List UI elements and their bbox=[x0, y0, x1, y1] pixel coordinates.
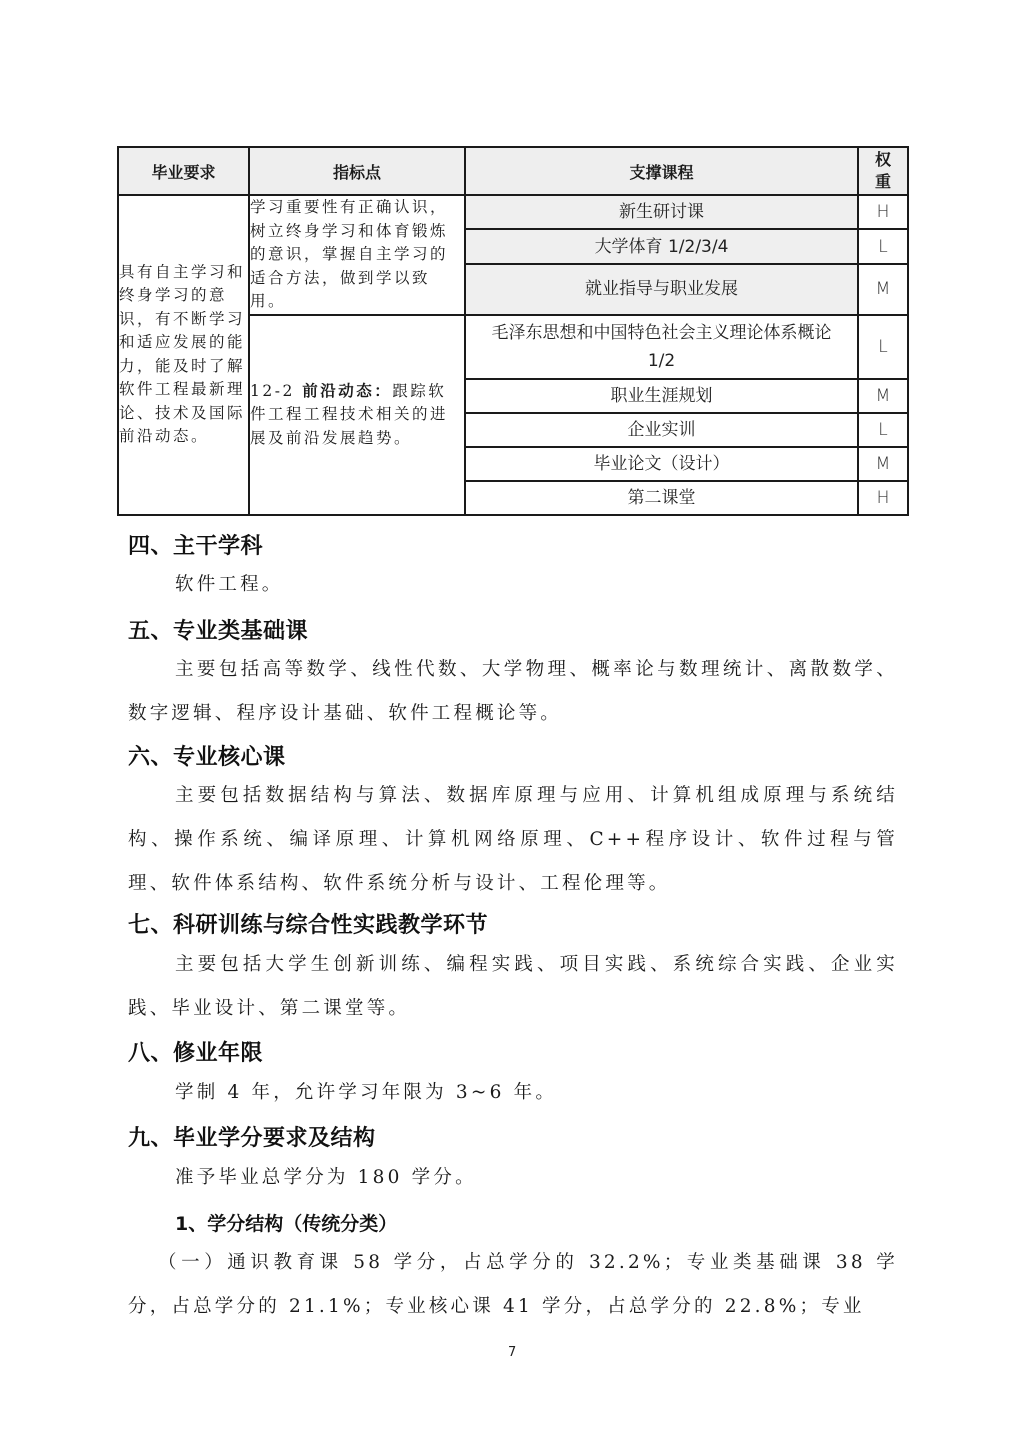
course-cell: 企业实训 bbox=[465, 413, 858, 447]
header-indicator: 指标点 bbox=[249, 147, 465, 195]
weight-cell: L bbox=[858, 413, 908, 447]
section-heading-5: 五、专业类基础课 bbox=[128, 614, 308, 645]
section-heading-9: 九、毕业学分要求及结构 bbox=[128, 1121, 376, 1152]
course-cell: 职业生涯规划 bbox=[465, 379, 858, 413]
section-body-9: 准予毕业总学分为 180 学分。 bbox=[128, 1156, 898, 1200]
weight-cell: H bbox=[858, 195, 908, 229]
section-body-7: 主要包括大学生创新训练、编程实践、项目实践、系统综合实践、企业实践、毕业设计、第… bbox=[128, 943, 898, 1031]
requirement-cell: 具有自主学习和终身学习的意识，有不断学习和适应发展的能力，能及时了解软件工程最新… bbox=[118, 195, 249, 515]
graduation-requirements-table: 毕业要求 指标点 支撑课程 权重 具有自主学习和终身学习的意识，有不断学习和适应… bbox=[117, 146, 909, 516]
table-row: 具有自主学习和终身学习的意识，有不断学习和适应发展的能力，能及时了解软件工程最新… bbox=[118, 195, 908, 229]
weight-cell: L bbox=[858, 315, 908, 379]
subsection-body-credit-structure: （一）通识教育课 58 学分，占总学分的 32.2%；专业类基础课 38 学分，… bbox=[128, 1241, 898, 1329]
course-cell: 新生研讨课 bbox=[465, 195, 858, 229]
section-heading-7: 七、科研训练与综合性实践教学环节 bbox=[128, 908, 488, 939]
weight-cell: M bbox=[858, 447, 908, 481]
weight-cell: H bbox=[858, 481, 908, 515]
course-cell: 就业指导与职业发展 bbox=[465, 264, 858, 315]
header-courses: 支撑课程 bbox=[465, 147, 858, 195]
section-body-6: 主要包括数据结构与算法、数据库原理与应用、计算机组成原理与系统结构、操作系统、编… bbox=[128, 774, 898, 906]
indicator-cell-1: 学习重要性有正确认识，树立终身学习和体育锻炼的意识，掌握自主学习的适合方法，做到… bbox=[249, 195, 465, 315]
header-requirement: 毕业要求 bbox=[118, 147, 249, 195]
section-heading-4: 四、主干学科 bbox=[128, 529, 263, 560]
section-heading-8: 八、修业年限 bbox=[128, 1036, 263, 1067]
indicator-cell-2: 12-2 前沿动态：跟踪软件工程工程技术相关的进展及前沿发展趋势。 bbox=[249, 315, 465, 515]
section-body-4: 软件工程。 bbox=[128, 563, 898, 607]
course-cell: 毕业论文（设计） bbox=[465, 447, 858, 481]
weight-cell: M bbox=[858, 379, 908, 413]
indicator-code: 12-2 bbox=[250, 382, 302, 400]
section-body-5: 主要包括高等数学、线性代数、大学物理、概率论与数理统计、离散数学、数字逻辑、程序… bbox=[128, 648, 898, 736]
indicator-title: 前沿动态： bbox=[302, 381, 392, 400]
table-header-row: 毕业要求 指标点 支撑课程 权重 bbox=[118, 147, 908, 195]
weight-cell: M bbox=[858, 264, 908, 315]
section-heading-6: 六、专业核心课 bbox=[128, 740, 286, 771]
document-page: 毕业要求 指标点 支撑课程 权重 具有自主学习和终身学习的意识，有不断学习和适应… bbox=[0, 0, 1024, 1448]
course-cell: 大学体育 1/2/3/4 bbox=[465, 229, 858, 263]
subsection-heading-credit-structure: 1、学分结构（传统分类） bbox=[175, 1209, 397, 1236]
header-weight-line1: 权 bbox=[875, 150, 891, 169]
header-weight: 权重 bbox=[858, 147, 908, 195]
course-cell: 毛泽东思想和中国特色社会主义理论体系概论 1/2 bbox=[465, 315, 858, 379]
section-body-8: 学制 4 年，允许学习年限为 3~6 年。 bbox=[128, 1071, 898, 1115]
header-weight-line2: 重 bbox=[875, 172, 891, 191]
page-number: 7 bbox=[508, 1345, 516, 1360]
weight-cell: L bbox=[858, 229, 908, 263]
course-cell: 第二课堂 bbox=[465, 481, 858, 515]
